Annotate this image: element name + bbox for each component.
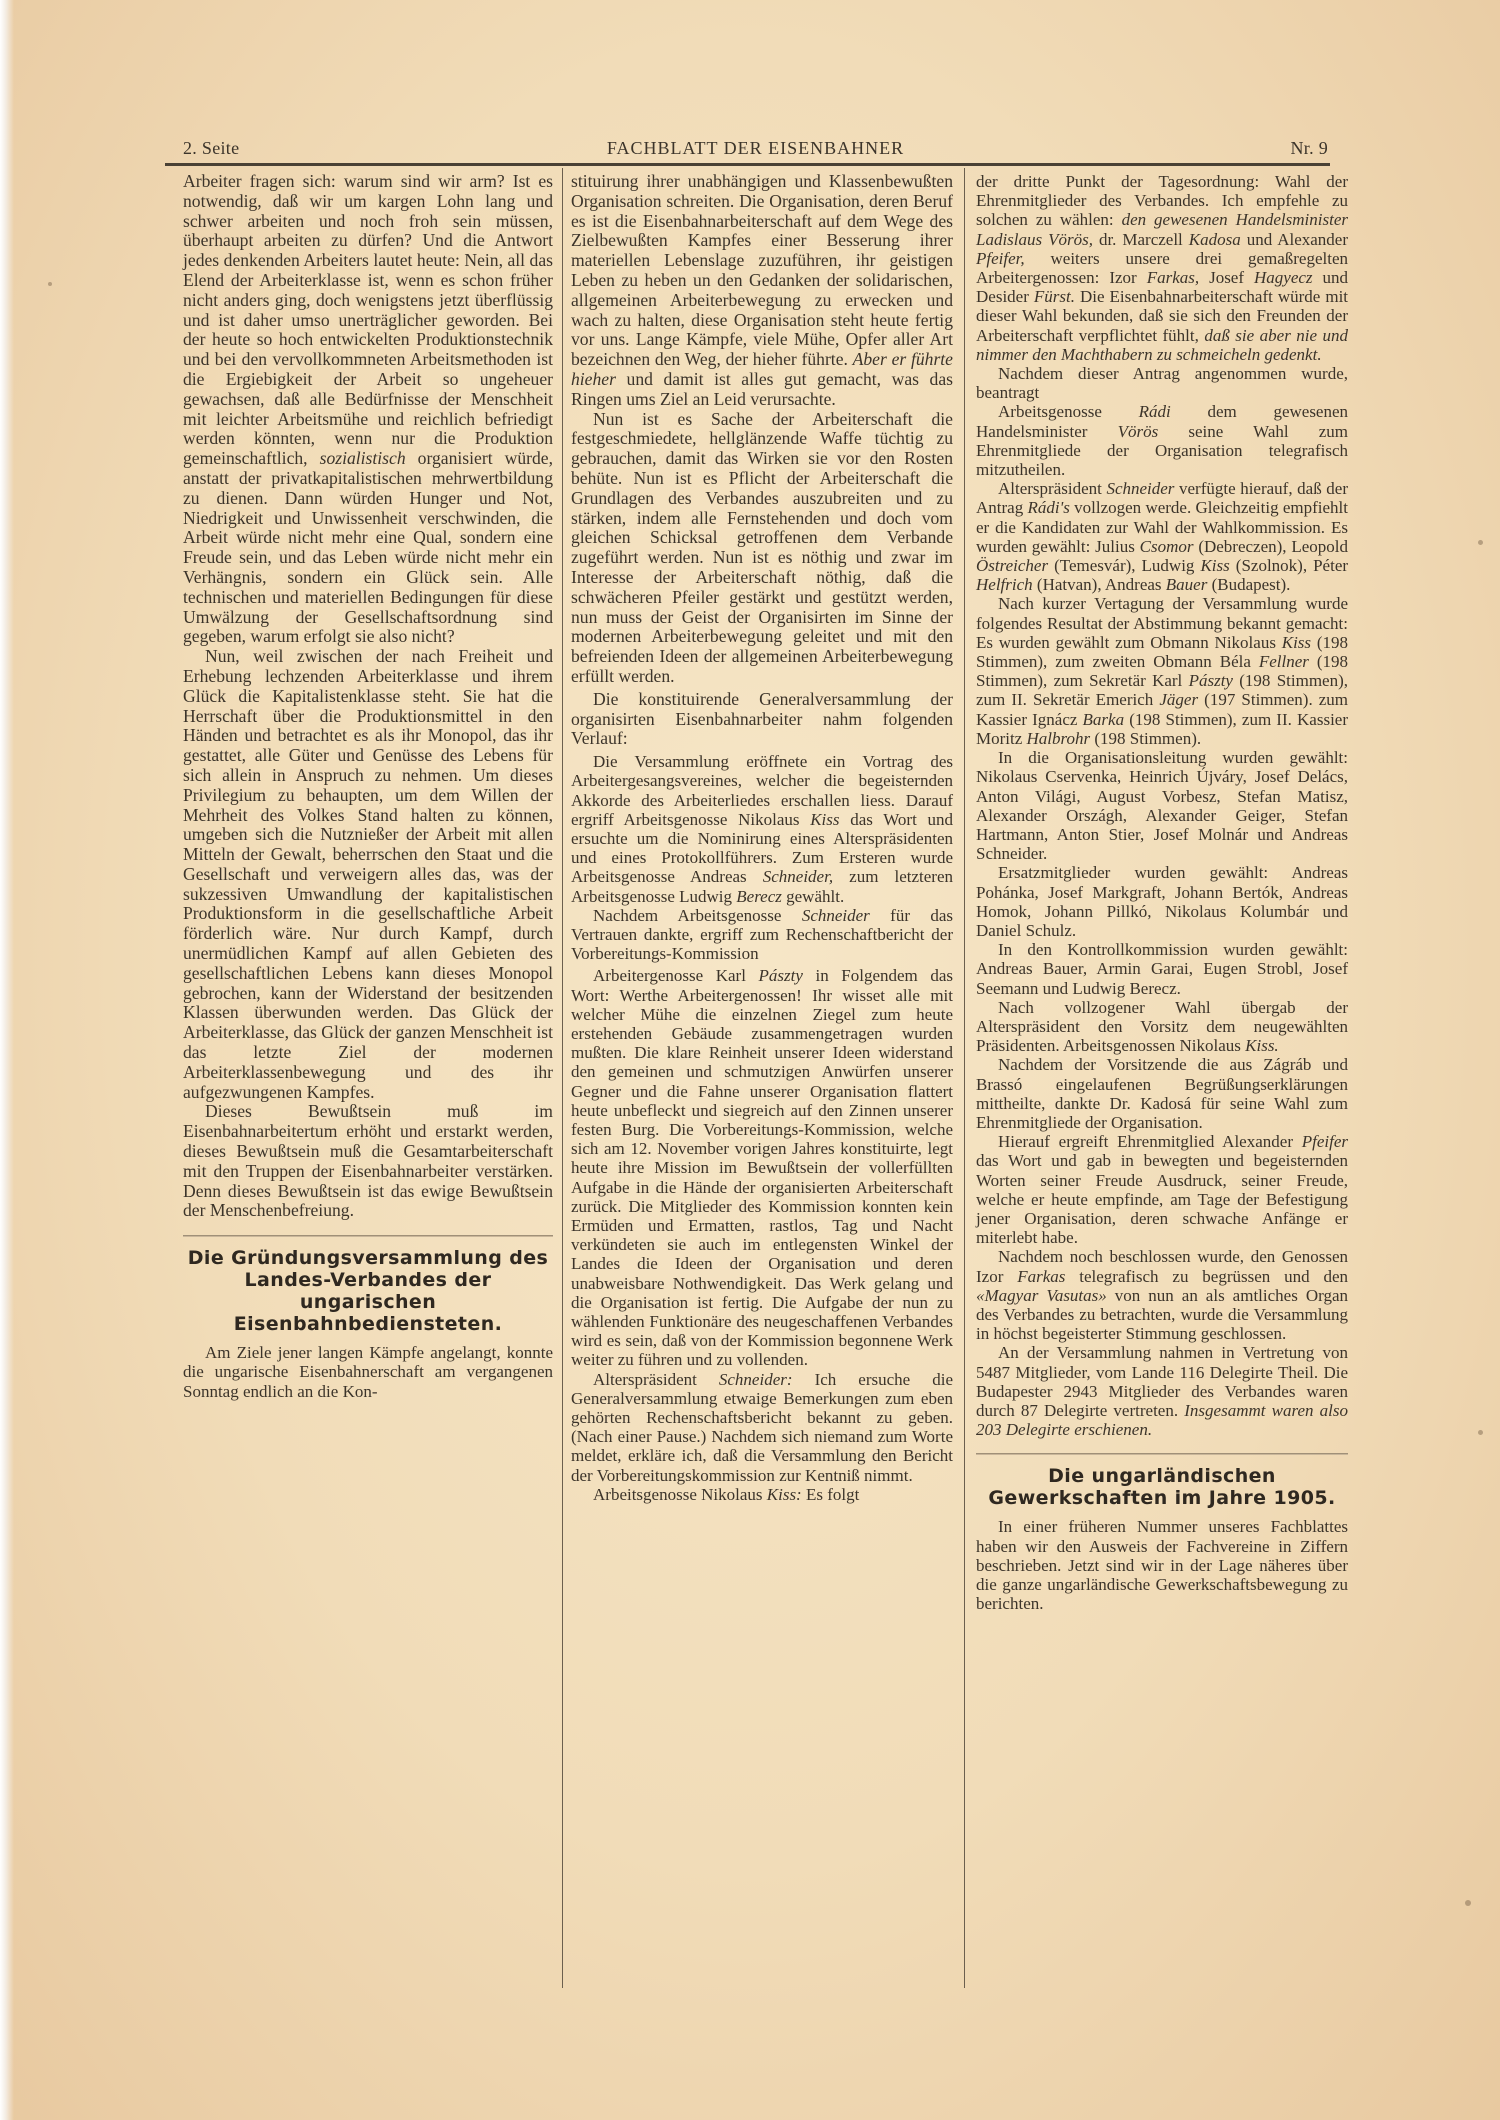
paragraph: Dieses Bewußtsein muß im Eisenbahnarbeit…	[183, 1102, 553, 1221]
section-divider	[976, 1453, 1348, 1455]
paragraph: Arbeitergenosse Karl Pászty in Folgendem…	[571, 966, 953, 1369]
paragraph: Nun, weil zwischen der nach Freiheit und…	[183, 647, 553, 1102]
paragraph: In die Organisationsleitung wurden gewäh…	[976, 748, 1348, 863]
column-3: der dritte Punkt der Tagesordnung: Wahl …	[976, 172, 1348, 1613]
paragraph: Nun ist es Sache der Arbeiterschaft die …	[571, 410, 953, 687]
issue-number: Nr. 9	[1291, 138, 1329, 159]
paragraph: Arbeiter fragen sich: warum sind wir arm…	[183, 172, 553, 647]
column-1: Arbeiter fragen sich: warum sind wir arm…	[183, 172, 553, 1401]
paragraph: Hierauf ergreift Ehrenmitglied Alexander…	[976, 1132, 1348, 1247]
paragraph: Am Ziele jener langen Kämpfe angelangt, …	[183, 1343, 553, 1401]
paragraph: Die Versammlung eröffnete ein Vortrag de…	[571, 752, 953, 906]
paragraph: Nach vollzogener Wahl übergab der Alters…	[976, 998, 1348, 1056]
column-divider	[964, 168, 965, 1988]
print-speck	[1478, 1430, 1483, 1435]
print-speck	[1465, 1900, 1471, 1906]
paragraph: stituirung ihrer unabhängigen und Klasse…	[571, 172, 953, 410]
paragraph: In einer früheren Nummer unseres Fachbla…	[976, 1517, 1348, 1613]
paragraph: Nach kurzer Vertagung der Versammlung wu…	[976, 594, 1348, 748]
running-head: 2. Seite FACHBLATT DER EISENBAHNER Nr. 9	[183, 138, 1328, 164]
article-headline: Die Gründungsversammlung des Landes-Verb…	[183, 1247, 553, 1335]
paragraph: Arbeitsgenosse Nikolaus Kiss: Es folgt	[571, 1485, 953, 1504]
publication-title: FACHBLATT DER EISENBAHNER	[183, 138, 1328, 159]
header-rule	[165, 163, 1330, 166]
paragraph: An der Versammlung nahmen in Vertretung …	[976, 1343, 1348, 1439]
print-speck	[1478, 540, 1483, 545]
column-divider	[562, 168, 563, 1988]
paragraph: Nachdem dieser Antrag angenommen wurde, …	[976, 364, 1348, 402]
page-edge	[0, 0, 14, 2120]
print-speck	[48, 282, 52, 286]
column-2: stituirung ihrer unabhängigen und Klasse…	[571, 172, 953, 1504]
paragraph: Alterspräsident Schneider: Ich ersuche d…	[571, 1370, 953, 1485]
paragraph: In den Kontrollkommission wurden gewählt…	[976, 940, 1348, 998]
paragraph: der dritte Punkt der Tagesordnung: Wahl …	[976, 172, 1348, 364]
paragraph: Nachdem der Vorsitzende die aus Zágráb u…	[976, 1055, 1348, 1132]
paragraph: Arbeitsgenosse Rádi dem gewesenen Handel…	[976, 402, 1348, 479]
paragraph: Alterspräsident Schneider verfügte hiera…	[976, 479, 1348, 594]
section-divider	[183, 1235, 553, 1237]
paragraph: Die konstituirende Generalversammlung de…	[571, 690, 953, 749]
paragraph: Nachdem Arbeitsgenosse Schneider für das…	[571, 906, 953, 964]
article-headline: Die ungarländischen Gewerkschaften im Ja…	[976, 1465, 1348, 1509]
paragraph: Ersatzmitglieder wurden gewählt: Andreas…	[976, 863, 1348, 940]
newspaper-page: 2. Seite FACHBLATT DER EISENBAHNER Nr. 9…	[0, 0, 1500, 2120]
paragraph: Nachdem noch beschlossen wurde, den Geno…	[976, 1247, 1348, 1343]
